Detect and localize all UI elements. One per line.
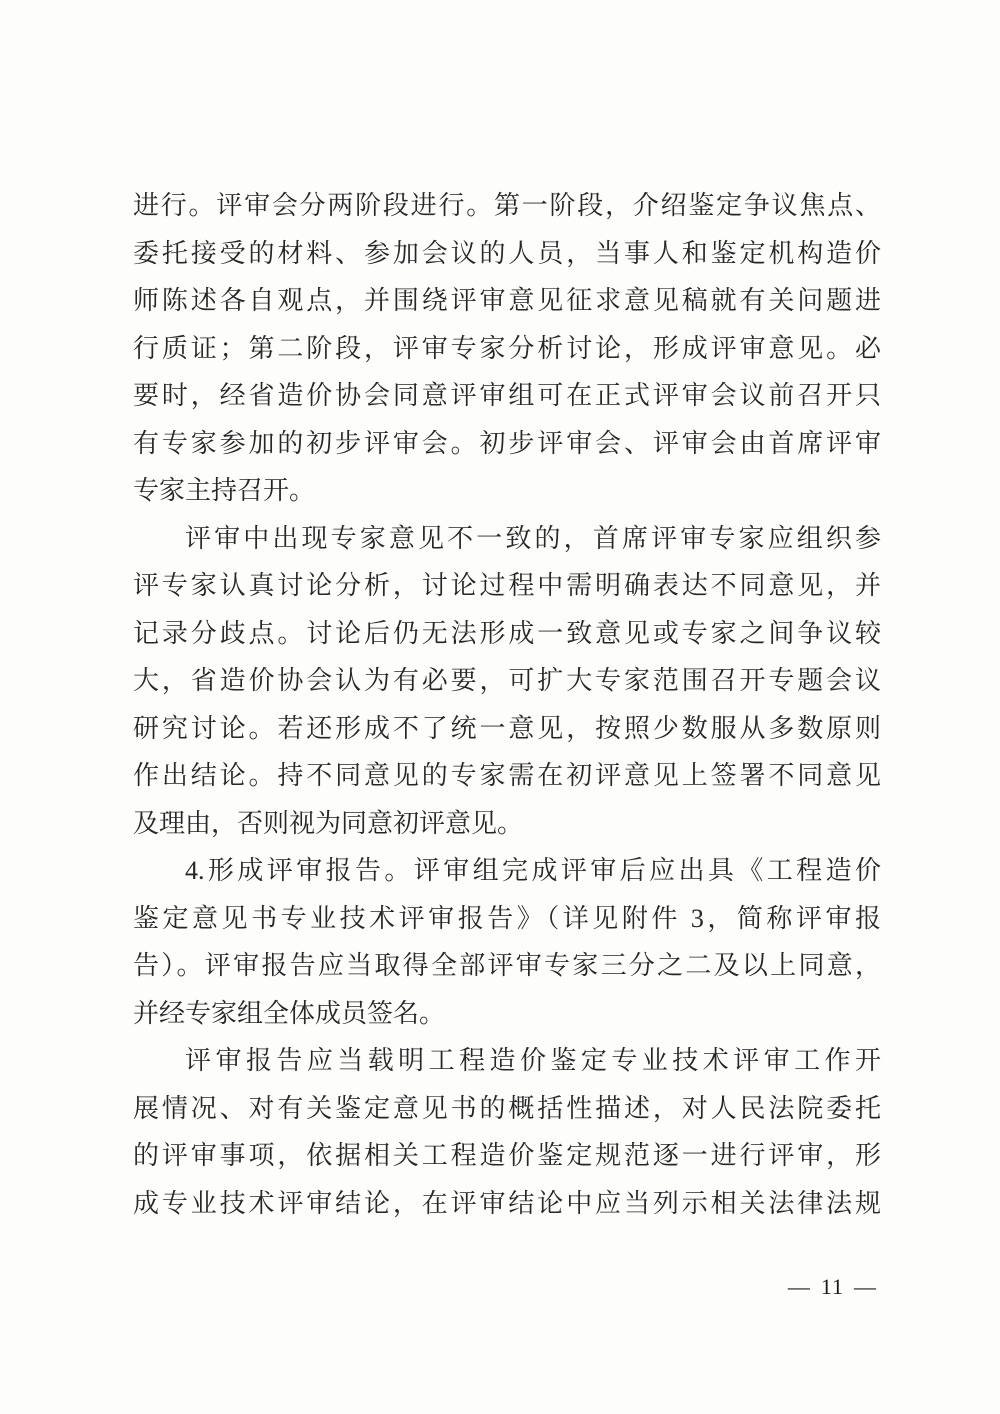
text-line: 有专家参加的初步评审会。初步评审会、评审会由首席评审 bbox=[133, 420, 881, 468]
text-line: 委托接受的材料、参加会议的人员，当事人和鉴定机构造价 bbox=[133, 230, 881, 278]
text-block: 进行。评审会分两阶段进行。第一阶段，介绍鉴定争议焦点、委托接受的材料、参加会议的… bbox=[133, 182, 881, 1227]
page-number: 11 bbox=[821, 1274, 844, 1299]
text-line: 进行。评审会分两阶段进行。第一阶段，介绍鉴定争议焦点、 bbox=[133, 182, 881, 230]
text-line: 作出结论。持不同意见的专家需在初评意见上签署不同意见 bbox=[133, 752, 881, 800]
text-line: 并经专家组全体成员签名。 bbox=[133, 990, 881, 1038]
text-line: 4.形成评审报告。评审组完成评审后应出具《工程造价 bbox=[133, 847, 881, 895]
text-line: 行质证；第二阶段，评审专家分析讨论，形成评审意见。必 bbox=[133, 325, 881, 373]
text-line: 展情况、对有关鉴定意见书的概括性描述，对人民法院委托 bbox=[133, 1085, 881, 1133]
text-line: 师陈述各自观点，并围绕评审意见征求意见稿就有关问题进 bbox=[133, 277, 881, 325]
text-line: 大，省造价协会认为有必要，可扩大专家范围召开专题会议 bbox=[133, 657, 881, 705]
text-line: 评审报告应当载明工程造价鉴定专业技术评审工作开 bbox=[133, 1037, 881, 1085]
text-line: 鉴定意见书专业技术评审报告》（详见附件 3，简称评审报 bbox=[133, 895, 881, 943]
text-line: 及理由，否则视为同意初评意见。 bbox=[133, 800, 881, 848]
text-line: 记录分歧点。讨论后仍无法形成一致意见或专家之间争议较 bbox=[133, 610, 881, 658]
text-line: 告）。评审报告应当取得全部评审专家三分之二及以上同意， bbox=[133, 942, 881, 990]
text-line: 评审中出现专家意见不一致的，首席评审专家应组织参 bbox=[133, 515, 881, 563]
footer-dash-left: — bbox=[788, 1274, 811, 1299]
text-line: 研究讨论。若还形成不了统一意见，按照少数服从多数原则 bbox=[133, 705, 881, 753]
text-line: 成专业技术评审结论，在评审结论中应当列示相关法律法规 bbox=[133, 1180, 881, 1228]
text-line: 要时，经省造价协会同意评审组可在正式评审会议前召开只 bbox=[133, 372, 881, 420]
text-line: 专家主持召开。 bbox=[133, 467, 881, 515]
text-line: 评专家认真讨论分析，讨论过程中需明确表达不同意见，并 bbox=[133, 562, 881, 610]
text-line: 的评审事项，依据相关工程造价鉴定规范逐一进行评审，形 bbox=[133, 1132, 881, 1180]
document-page: 进行。评审会分两阶段进行。第一阶段，介绍鉴定争议焦点、委托接受的材料、参加会议的… bbox=[0, 0, 1000, 1414]
page-footer: —11— bbox=[788, 1274, 877, 1300]
footer-dash-right: — bbox=[854, 1274, 877, 1299]
